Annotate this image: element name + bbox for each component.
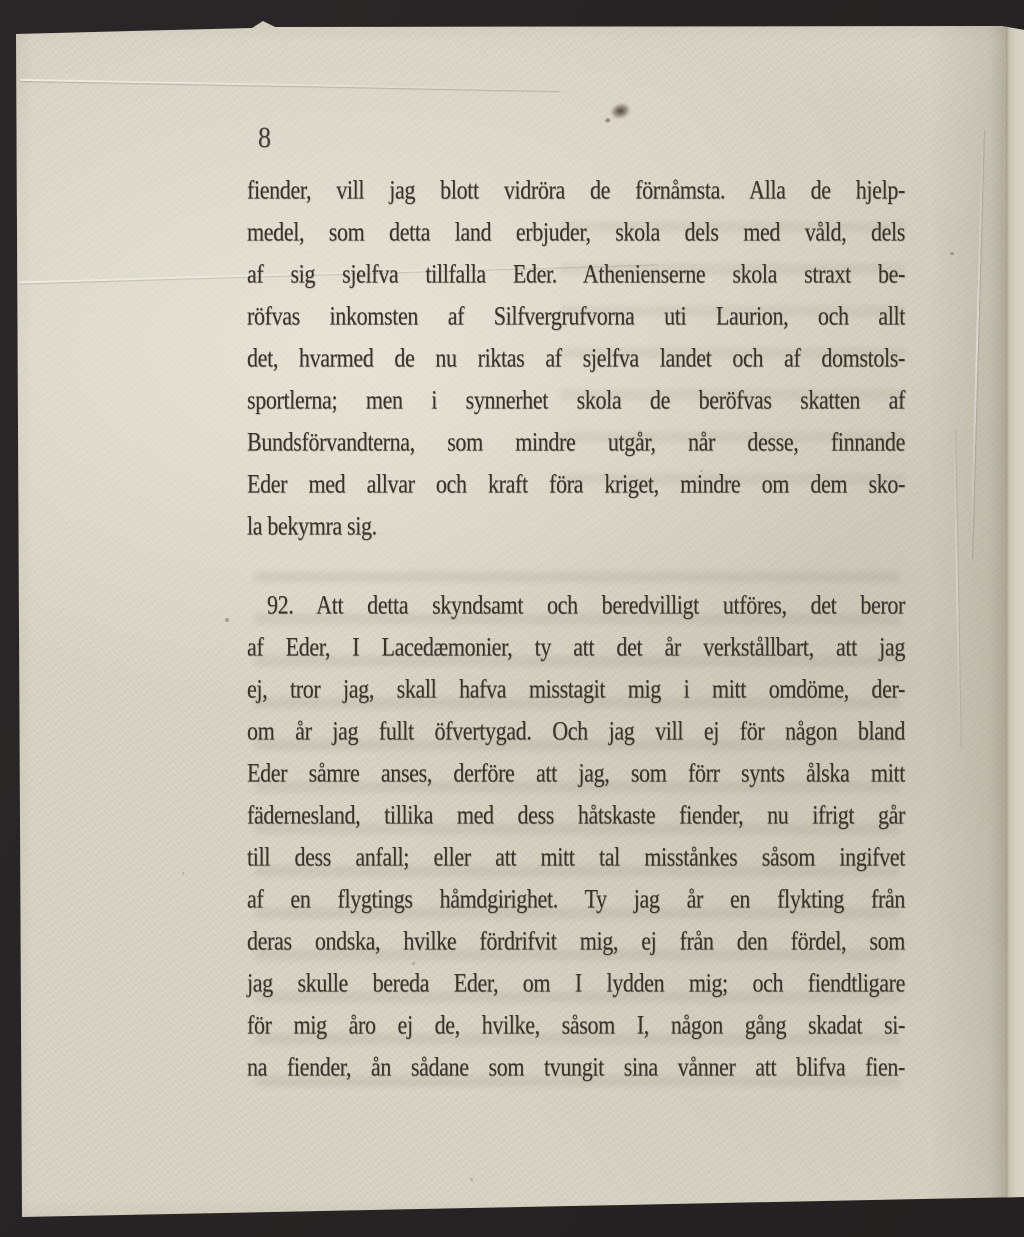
page-text: fiender, vill jag blott vidröra de förnå… xyxy=(247,170,905,1089)
binding-gutter-shadow xyxy=(928,26,1006,1204)
paragraph-2: 92. Att detta skyndsamt och beredvilligt… xyxy=(247,585,905,1089)
paper-speckle xyxy=(182,872,184,875)
paper-crease xyxy=(20,79,560,91)
paper-speckle xyxy=(225,618,229,622)
paragraph-1: fiender, vill jag blott vidröra de förnå… xyxy=(247,170,905,548)
text-line: la bekymra sig. xyxy=(247,501,905,551)
text-line: na fiender, ån sådane som tvungit sina v… xyxy=(247,1042,905,1092)
paper-speckle xyxy=(470,1178,473,1181)
paper-speckle xyxy=(950,252,954,255)
page-number: 8 xyxy=(258,121,271,156)
ink-blot xyxy=(608,100,633,122)
scanned-book-page: 8 fiender, vill jag blott vidröra de för… xyxy=(0,0,1024,1237)
next-page-edge xyxy=(1006,26,1024,1202)
